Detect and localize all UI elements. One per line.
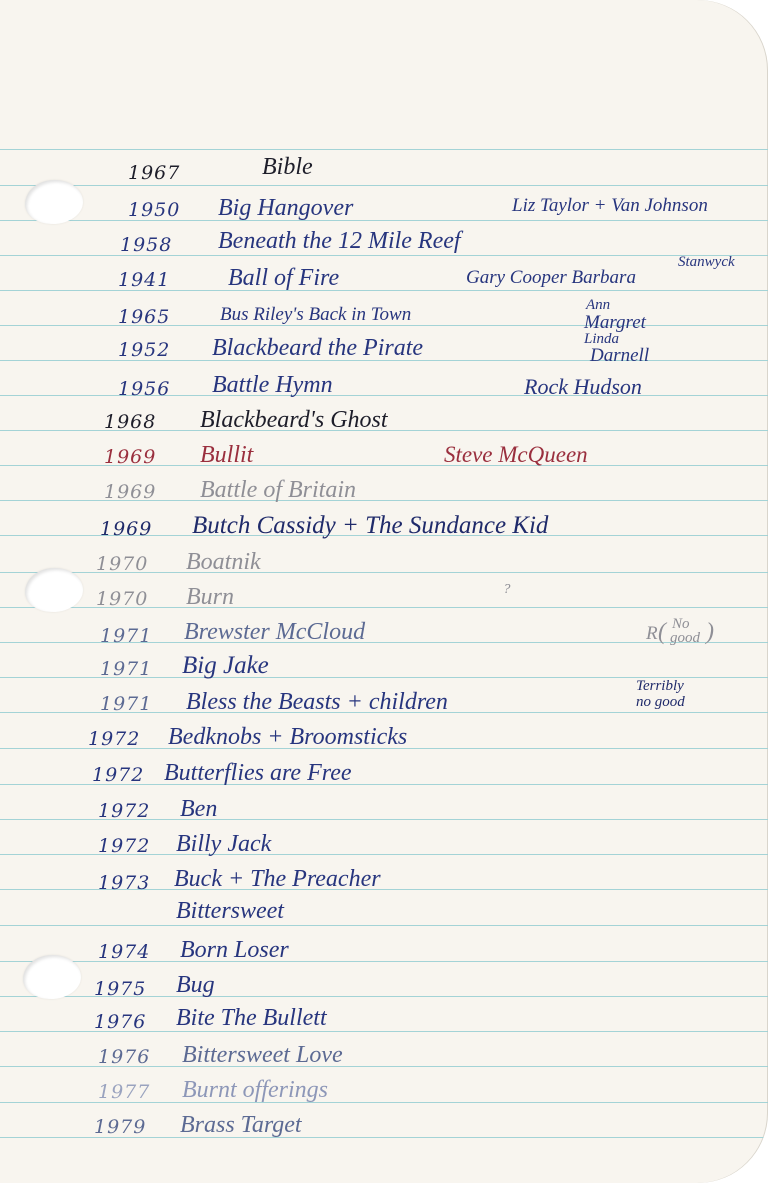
list-item: 1965 Bus Riley's Back in Town Ann Margre…	[0, 298, 768, 332]
list-item: 1950 Big Hangover Liz Taylor + Van Johns…	[0, 193, 768, 227]
entry-note: Steve McQueen	[444, 442, 588, 468]
entry-title: Battle Hymn	[212, 372, 333, 399]
entry-year: 1950	[128, 199, 180, 221]
list-item: 1958 Beneath the 12 Mile Reef	[0, 228, 768, 262]
list-item: 1972 Ben	[0, 794, 768, 828]
entry-title: Bullit	[200, 442, 253, 469]
entry-year: 1969	[104, 481, 156, 503]
entry-year: 1979	[94, 1116, 146, 1138]
list-item: 1972 Bedknobs + Broomsticks	[0, 722, 768, 756]
entry-year: 1958	[120, 234, 172, 256]
entry-year: 1971	[100, 693, 152, 715]
list-item: 1956 Battle Hymn Rock Hudson	[0, 370, 768, 404]
entry-year: 1965	[118, 306, 170, 328]
entry-title: Buck + The Preacher	[174, 866, 381, 893]
entry-title: Ball of Fire	[228, 265, 339, 292]
entry-title: Blackbeard the Pirate	[212, 335, 423, 362]
list-item: 1952 Blackbeard the Pirate Linda Darnell	[0, 333, 768, 367]
entry-title: Battle of Britain	[200, 477, 356, 504]
list-item: Bittersweet	[0, 896, 768, 930]
entry-title: Burn	[186, 584, 234, 611]
entry-year: 1968	[104, 411, 156, 433]
entry-year: 1976	[98, 1046, 150, 1068]
list-item: 1968 Blackbeard's Ghost	[0, 405, 768, 439]
entry-title: Bite The Bullett	[176, 1005, 327, 1032]
notebook-page: 1967 Bible 1950 Big Hangover Liz Taylor …	[0, 0, 768, 1183]
entry-year: 1956	[118, 378, 170, 400]
entry-title: Bittersweet Love	[182, 1042, 343, 1069]
list-item: 1971 Bless the Beasts + children Terribl…	[0, 687, 768, 721]
list-item: 1975 Bug	[0, 970, 768, 1004]
entry-title: Bedknobs + Broomsticks	[168, 724, 407, 751]
entry-title: Beneath the 12 Mile Reef	[218, 228, 461, 255]
entry-year: 1970	[96, 553, 148, 575]
entry-title: Born Loser	[180, 937, 289, 964]
entry-note: Liz Taylor + Van Johnson	[512, 195, 708, 217]
entry-note-part: good	[670, 631, 700, 646]
entry-year: 1972	[92, 764, 144, 786]
entry-note-part: Gary Cooper Barbara	[466, 267, 636, 289]
list-item: 1976 Bite The Bullett	[0, 1005, 768, 1039]
entry-title: Bug	[176, 972, 215, 999]
entry-year: 1974	[98, 941, 150, 963]
entry-title: Bless the Beasts + children	[186, 689, 448, 716]
entry-title: Blackbeard's Ghost	[200, 407, 388, 434]
entry-year: 1969	[104, 446, 156, 468]
list-item: 1969 Butch Cassidy + The Sundance Kid	[0, 510, 768, 544]
entry-note-part: (	[658, 619, 666, 646]
entry-year: 1972	[88, 728, 140, 750]
list-item: 1974 Born Loser	[0, 935, 768, 969]
list-item: 1976 Bittersweet Love	[0, 1040, 768, 1074]
entry-note-part: Terribly	[636, 679, 684, 694]
entry-note-part: Darnell	[590, 345, 649, 367]
entry-year: 1941	[118, 269, 170, 291]
list-item: 1941 Ball of Fire Gary Cooper Barbara St…	[0, 263, 768, 297]
list-item: 1972 Butterflies are Free	[0, 758, 768, 792]
list-item: 1969 Battle of Britain	[0, 475, 768, 509]
entry-note-part: Ann	[586, 298, 610, 313]
entry-note: Rock Hudson	[524, 374, 642, 400]
entry-title: Brass Target	[180, 1112, 302, 1139]
entry-note: ?	[504, 582, 510, 596]
entry-title: Big Jake	[182, 652, 269, 680]
entry-year: 1977	[98, 1081, 150, 1103]
entry-title: Brewster McCloud	[184, 619, 365, 646]
entry-year: 1972	[98, 835, 150, 857]
entry-title: Billy Jack	[176, 831, 271, 858]
entry-title: Butch Cassidy + The Sundance Kid	[192, 512, 548, 540]
entry-note-part: Stanwyck	[678, 255, 735, 270]
entry-title: Boatnik	[186, 549, 261, 576]
entry-year: 1975	[94, 978, 146, 1000]
entry-year: 1971	[100, 625, 152, 647]
entry-year: 1971	[100, 658, 152, 680]
entry-year: 1969	[100, 518, 152, 540]
list-item: 1970 Burn ?	[0, 582, 768, 616]
entry-title: Burnt offerings	[182, 1077, 328, 1104]
entry-year: 1967	[128, 162, 180, 184]
entry-year: 1972	[98, 800, 150, 822]
entry-note-part: no good	[636, 695, 685, 710]
entry-title: Bus Riley's Back in Town	[220, 304, 411, 326]
list-item: 1977 Burnt offerings	[0, 1075, 768, 1109]
list-item: 1972 Billy Jack	[0, 829, 768, 863]
entry-year: 1970	[96, 588, 148, 610]
entry-year: 1952	[118, 339, 170, 361]
entry-title: Butterflies are Free	[164, 760, 352, 787]
list-item: 1979 Brass Target	[0, 1110, 768, 1144]
entry-note-part: R	[646, 623, 658, 645]
entry-year: 1973	[98, 872, 150, 894]
entry-note-part: )	[706, 619, 714, 646]
entry-title: Bible	[262, 154, 313, 181]
entry-year: 1976	[94, 1011, 146, 1033]
entry-title: Big Hangover	[218, 195, 353, 222]
list-item: 1970 Boatnik	[0, 547, 768, 581]
list-item: 1967 Bible	[0, 158, 768, 192]
entry-title: Bittersweet	[176, 898, 284, 925]
list-item: 1971 Brewster McCloud R ( No good )	[0, 617, 768, 651]
list-item: 1973 Buck + The Preacher	[0, 864, 768, 898]
ruled-line	[0, 149, 768, 150]
entry-title: Ben	[180, 796, 217, 823]
list-item: 1969 Bullit Steve McQueen	[0, 440, 768, 474]
